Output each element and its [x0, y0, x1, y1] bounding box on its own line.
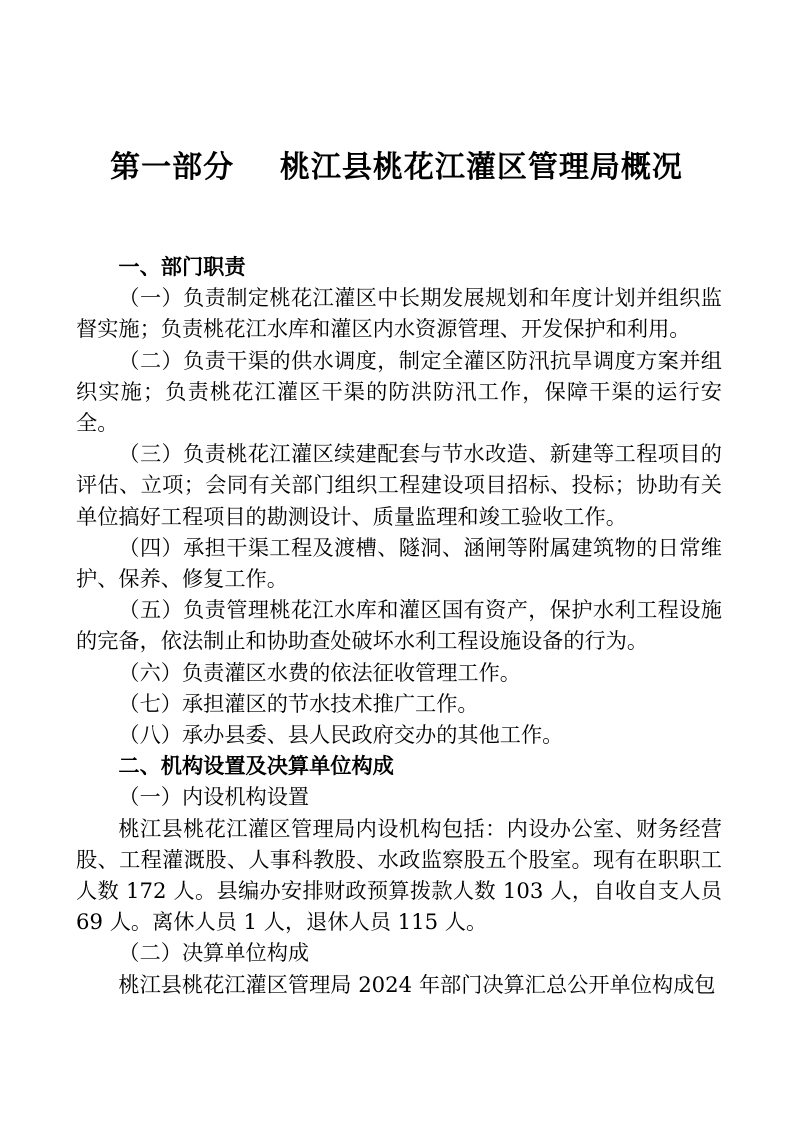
document-body: 一、部门职责 （一）负责制定桃花江灌区中长期发展规划和年度计划并组织监督实施；负… — [76, 251, 722, 1000]
page-title: 第一部分 桃江县桃花江灌区管理局概况 — [0, 146, 793, 190]
duty-paragraph-7: （七）承担灌区的节水技术推广工作。 — [76, 688, 722, 719]
duty-paragraph-3: （三）负责桃花江灌区续建配套与节水改造、新建等工程项目的评估、立项；会同有关部门… — [76, 438, 722, 532]
subheading-budget-units: （二）决算单位构成 — [76, 937, 722, 968]
duty-paragraph-4: （四）承担干渠工程及渡槽、隧洞、涵闸等附属建筑物的日常维护、保养、修复工作。 — [76, 532, 722, 594]
budget-units-paragraph: 桃江县桃花江灌区管理局 2024 年部门决算汇总公开单位构成包 — [76, 969, 722, 1000]
duty-paragraph-8: （八）承办县委、县人民政府交办的其他工作。 — [76, 719, 722, 750]
document-page: 第一部分 桃江县桃花江灌区管理局概况 一、部门职责 （一）负责制定桃花江灌区中长… — [0, 0, 793, 1122]
internal-structure-paragraph: 桃江县桃花江灌区管理局内设机构包括：内设办公室、财务经营股、工程灌溉股、人事科教… — [76, 813, 722, 938]
section-heading-organization: 二、机构设置及决算单位构成 — [76, 750, 722, 781]
section-heading-duties: 一、部门职责 — [76, 251, 722, 282]
duty-paragraph-2: （二）负责干渠的供水调度，制定全灌区防汛抗旱调度方案并组织实施；负责桃花江灌区干… — [76, 345, 722, 439]
duty-paragraph-5: （五）负责管理桃花江水库和灌区国有资产，保护水利工程设施的完备，依法制止和协助查… — [76, 594, 722, 656]
duty-paragraph-6: （六）负责灌区水费的依法征收管理工作。 — [76, 657, 722, 688]
subheading-internal-structure: （一）内设机构设置 — [76, 781, 722, 812]
duty-paragraph-1: （一）负责制定桃花江灌区中长期发展规划和年度计划并组织监督实施；负责桃花江水库和… — [76, 282, 722, 344]
